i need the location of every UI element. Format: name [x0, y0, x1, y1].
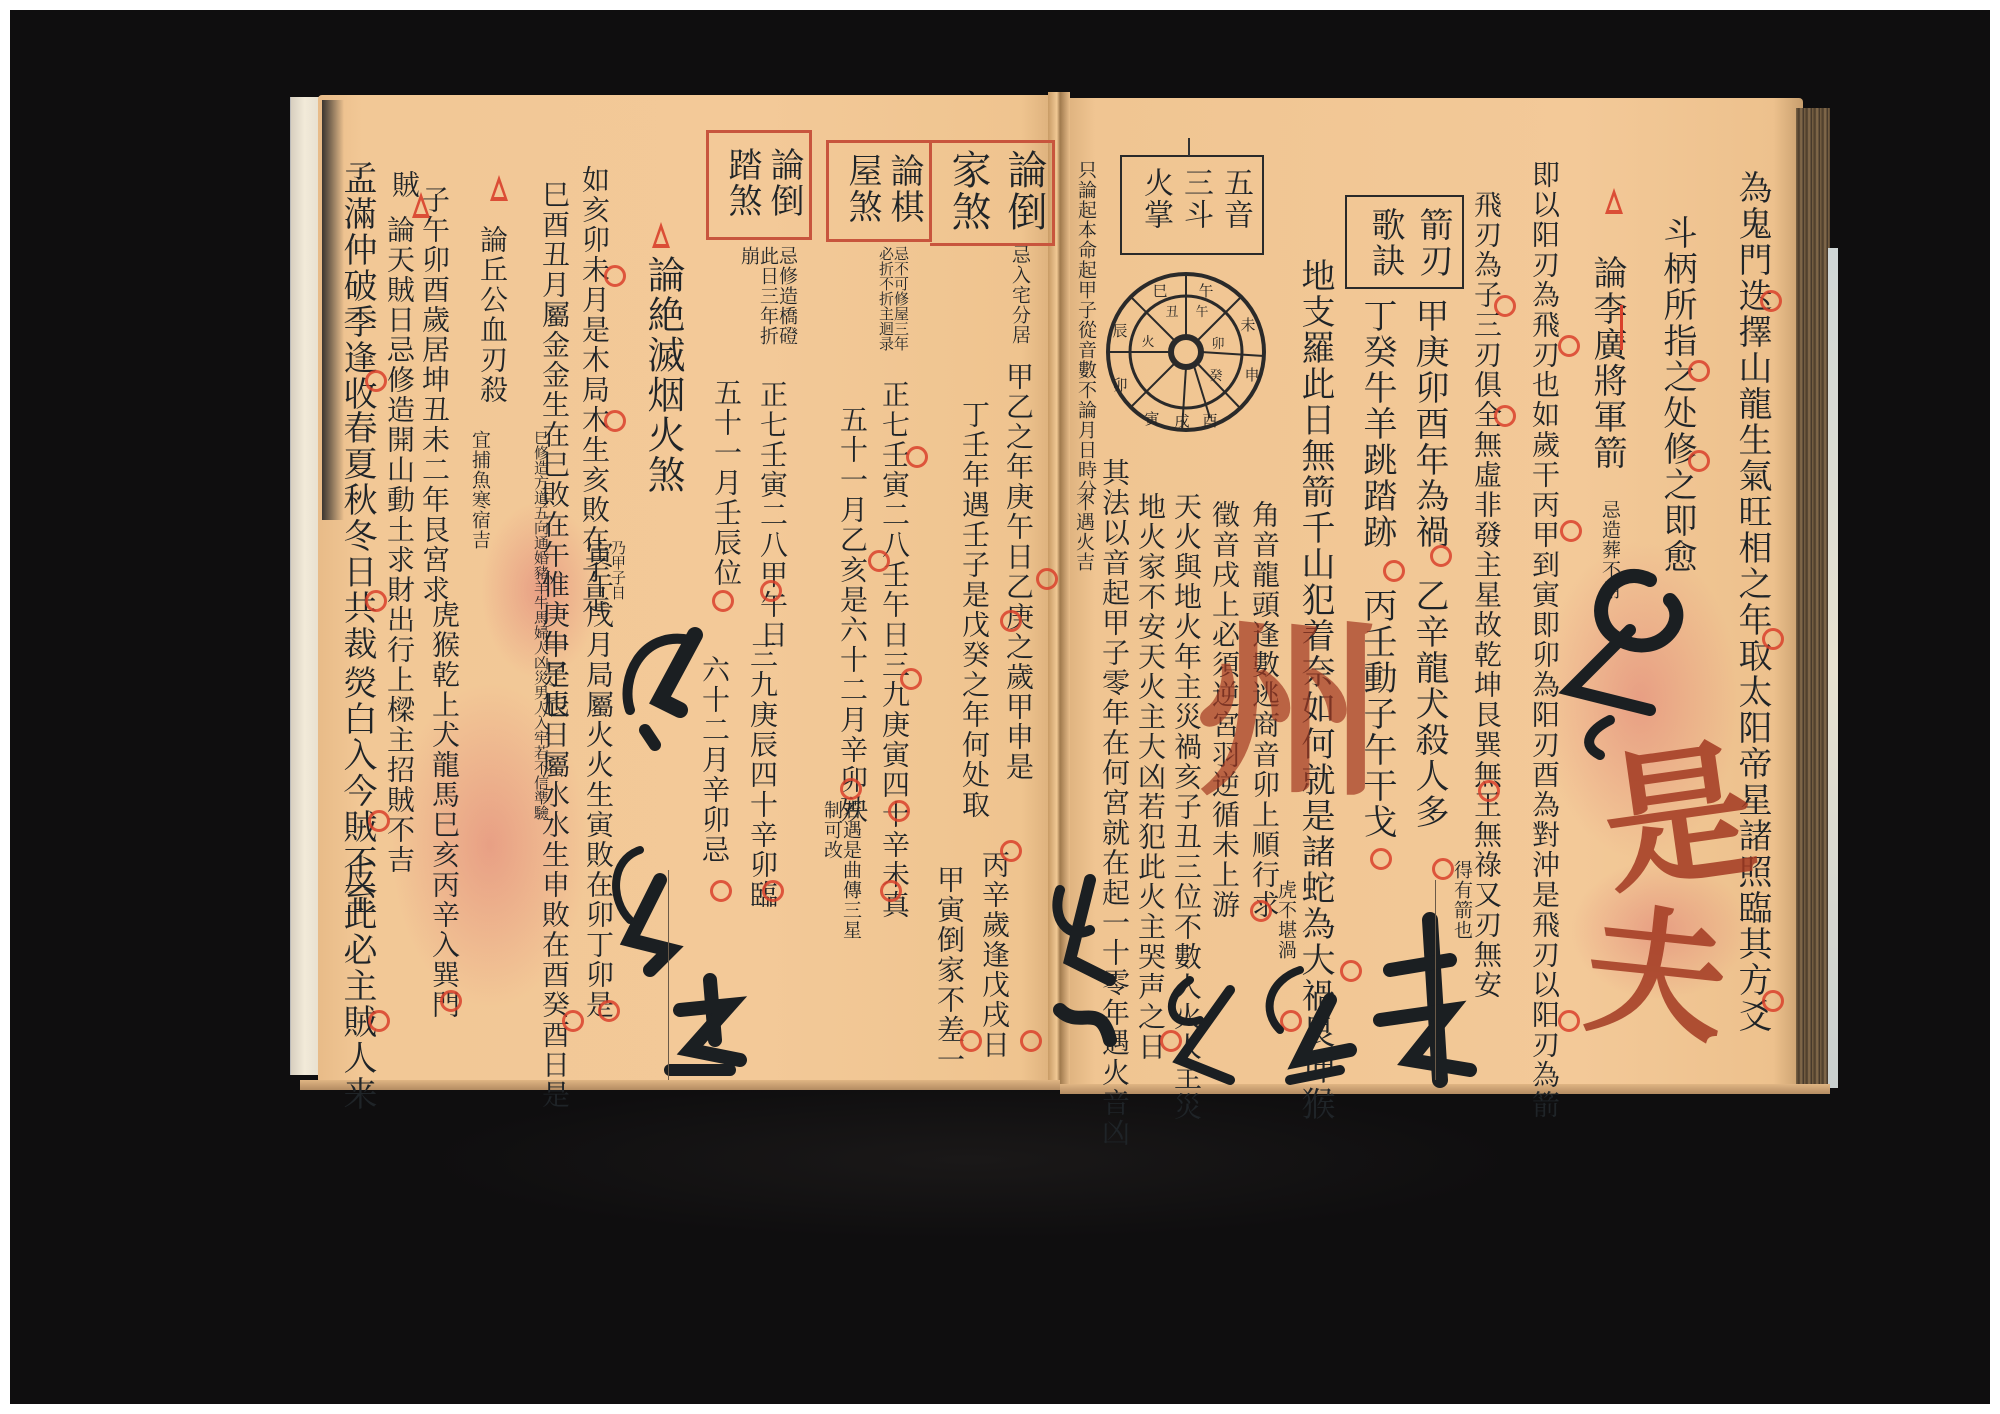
red-circle-mark [1760, 290, 1782, 312]
wheel-label: 巳 [1152, 282, 1167, 300]
box-title: 家煞 [948, 149, 988, 233]
red-circle-mark [710, 880, 732, 902]
svg-text:辰: 辰 [1112, 322, 1127, 340]
annotation-column: 不遇火吉 [1074, 492, 1093, 572]
red-circle-mark [365, 590, 387, 612]
svg-text:未: 未 [1240, 316, 1255, 334]
verse-line: 甲寅倒家不差一 [935, 865, 963, 1075]
red-circle-mark [712, 590, 734, 612]
text-column: 虎猴乾上犬龍馬 [430, 600, 458, 810]
section-heading: 論丘公血刃殺 [478, 225, 506, 405]
red-circle-mark [1558, 335, 1580, 357]
annotation-column: 忌修造橋磴此日三年折崩 [742, 246, 796, 356]
svg-text:戌: 戌 [1174, 412, 1189, 430]
red-circle-mark [1000, 610, 1022, 632]
verse-line: 乙辛龍犬殺人多 [1412, 578, 1446, 830]
red-circle-mark [840, 778, 862, 800]
verse-line: 五十一月壬辰位 [712, 378, 740, 588]
red-circle-mark [440, 990, 462, 1012]
svg-text:午: 午 [1195, 305, 1208, 320]
annotation-column: 得有箭也 [1452, 860, 1471, 940]
text-column: 斗柄所指之处修之即愈 [1660, 215, 1694, 575]
red-circle-mark [906, 446, 928, 468]
red-circle-mark [1000, 840, 1022, 862]
five-tones-wheel-diagram: 巳 午 未 申 酉 戌 寅 卯 辰 丑 午 卯 癸 火 [1102, 268, 1270, 436]
red-circle-mark [960, 1030, 982, 1052]
red-circle-mark [1020, 1030, 1042, 1052]
verse-line: 正七壬寅二八壬午日三九庚寅四十辛未真 [880, 380, 908, 920]
annotation-column: 忌造葬不用 [1600, 500, 1619, 600]
verse-line: 甲庚卯酉年為禍 [1412, 298, 1446, 550]
text-column: 論天賊日忌修造開山動土求財出行上樑主招賊不吉 [385, 215, 413, 875]
box-title: 踏煞 [725, 147, 759, 219]
red-line-mark [1620, 305, 1623, 350]
section-heading: 論絶滅烟火煞 [644, 255, 682, 495]
verse-line: 丁癸牛羊跳踏跡 [1360, 298, 1394, 550]
red-circle-mark [1340, 960, 1362, 982]
svg-text:卯: 卯 [1112, 376, 1127, 394]
verse-line: 三九庚辰四十辛卯臨 [748, 640, 776, 910]
text-column: 春夏秋冬日共裁 [340, 410, 374, 662]
verse-line: 丙辛歲逢戊戌日 [980, 850, 1008, 1060]
verse-line: 丁壬年遇壬子是戊癸之年何处取 [960, 400, 988, 820]
text-column: 論李廣將軍箭 [1590, 255, 1624, 471]
annotation-column: 若遇是曲傳三星制可改 [808, 800, 860, 940]
svg-text:癸: 癸 [1209, 369, 1222, 384]
box-title: 箭刃 [1416, 207, 1450, 279]
box-title: 歌訣 [1368, 207, 1402, 279]
red-circle-mark [598, 1000, 620, 1022]
red-circle-mark [368, 1010, 390, 1032]
svg-text:卯: 卯 [1211, 337, 1224, 352]
red-circle-mark [1494, 295, 1516, 317]
text-column: 其法以音起甲子零年在何宮就在起一十零年遇火音凶 [1100, 458, 1128, 1148]
box-title: 五音 [1220, 167, 1250, 231]
red-circle-mark [1494, 405, 1516, 427]
left-page-bottom-edge [300, 1080, 1060, 1090]
red-circle-mark [868, 550, 890, 572]
red-circle-mark [604, 410, 626, 432]
red-triangle-mark [490, 175, 508, 201]
svg-text:火: 火 [1141, 334, 1154, 350]
red-circle-mark [368, 810, 390, 832]
text-column: 反此必主賊人来 [340, 860, 374, 1112]
red-circle-mark [1762, 628, 1784, 650]
book-shadow [420, 1080, 1520, 1240]
annotation-column: 忌不可修屋三年必折不折主迴录 [868, 246, 908, 356]
red-circle-mark [880, 880, 902, 902]
red-circle-mark [1370, 848, 1392, 870]
book-fore-edge [1796, 108, 1830, 1088]
verse-line: 五十一月乙亥是六十二月辛卯殃 [838, 405, 866, 825]
annotation-column: 巳修造方道五向通婚豬羊牛馬婦人凶災男人入牢若不信準驗 [500, 430, 548, 900]
red-talisman-character: 是 [1580, 730, 1749, 899]
red-circle-mark [900, 668, 922, 690]
annotation-column: 宜捕魚寒宿吉 [470, 430, 489, 550]
title-box-qiwusha: 論棋 屋煞 [826, 140, 932, 242]
red-triangle-mark [1605, 188, 1623, 214]
wuyin-title-box: 五音 三斗 火掌 [1120, 155, 1264, 255]
red-circle-mark [1280, 1010, 1302, 1032]
red-circle-mark [1160, 1030, 1182, 1052]
red-circle-mark [1688, 450, 1710, 472]
red-circle-mark [1478, 780, 1500, 802]
box-tick [1188, 138, 1190, 156]
text-column: 天火與地火年主災禍亥子丑三位不數人火人主災 [1172, 492, 1200, 1122]
svg-text:酉: 酉 [1202, 412, 1217, 430]
text-column: 子午卯酉歲居坤丑未二年艮宮求 [420, 185, 448, 605]
red-talisman-character: 夫 [1568, 893, 1722, 1047]
svg-text:丑: 丑 [1165, 305, 1178, 320]
red-triangle-mark [652, 222, 670, 248]
red-circle-mark [1762, 990, 1784, 1012]
annotation-column: 只論起本命起甲子從音數不論月日時分 [1076, 160, 1095, 500]
red-circle-mark [562, 1010, 584, 1032]
page-crease [1435, 880, 1436, 1080]
red-circle-mark [760, 580, 782, 602]
red-triangle-mark [412, 192, 430, 218]
box-title: 火掌 [1140, 167, 1170, 231]
text-column: 地火家不安天火主大凶若犯此火主哭声之日 [1136, 492, 1164, 1062]
verse-line: 六十二月辛卯忌 [700, 655, 728, 865]
svg-text:申: 申 [1244, 366, 1259, 384]
red-circle-mark [365, 370, 387, 392]
text-column: 即以阳刃為飛刃也如歲干丙甲到寅即卯為阳刃酉為對沖是飛刃以阳刃為箭 [1530, 160, 1558, 1120]
red-circle-mark [1383, 560, 1405, 582]
red-circle-mark [1250, 900, 1272, 922]
red-circle-mark [1560, 520, 1582, 542]
box-title: 論倒 [1004, 149, 1044, 233]
box-title: 三斗 [1180, 167, 1210, 231]
annotation-column: 忌入宅分居 [1010, 245, 1029, 345]
text-column: 巳亥丙辛入巽門 [430, 810, 458, 1020]
red-circle-mark [1430, 545, 1452, 567]
jianren-title-box: 箭刃 歌訣 [1345, 195, 1464, 289]
red-circle-mark [604, 265, 626, 287]
verse-line: 甲乙之年庚午日乙庚之歲甲申是 [1004, 362, 1032, 782]
red-talisman-character: 州 [1180, 610, 1370, 800]
box-title: 論倒 [767, 147, 801, 219]
red-circle-mark [1432, 858, 1454, 880]
red-circle-mark [1688, 360, 1710, 382]
svg-text:寅: 寅 [1144, 410, 1160, 428]
title-box-daojiasha: 論倒 家煞 [930, 140, 1055, 246]
verse-line: 正七壬寅二八甲午日 [758, 380, 786, 650]
text-column: 寅午戌月局屬火火生寅敗在卯丁卯是 [584, 540, 612, 1020]
box-title: 屋煞 [845, 153, 879, 225]
red-circle-mark [1036, 568, 1058, 590]
page-crease [668, 870, 669, 1080]
red-circle-mark [762, 880, 784, 902]
box-title: 論棋 [887, 153, 921, 225]
title-box-daotasha: 論倒 踏煞 [706, 130, 812, 240]
red-circle-mark [888, 800, 910, 822]
svg-text:午: 午 [1198, 282, 1213, 300]
